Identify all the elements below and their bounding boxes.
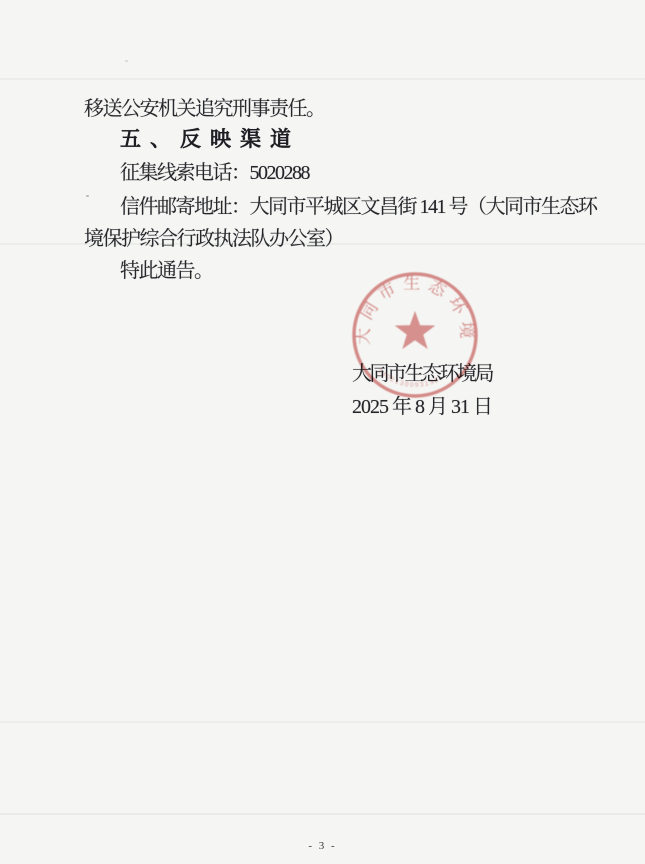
scan-artifact-band xyxy=(0,813,645,815)
line-mailing-address-1: 信件邮寄地址：大同市平城区文昌街 141 号（大同市生态环 xyxy=(120,190,597,219)
scan-artifact-speck xyxy=(86,195,89,197)
line-hereby-announced: 特此通告。 xyxy=(120,254,213,283)
page-number: - 3 - xyxy=(0,840,645,852)
section-heading-feedback-channels: 五、反映渠道 xyxy=(120,123,300,153)
official-seal: 大同市生态环境局 1402130093133 xyxy=(335,255,495,415)
paragraph-criminal-liability: 移送公安机关追究刑事责任。 xyxy=(84,92,325,121)
seal-star-icon xyxy=(395,311,436,349)
line-mailing-address-2: 境保护综合行政执法队办公室） xyxy=(84,222,343,251)
seal-code: 1402130093133 xyxy=(376,367,441,389)
scan-artifact-speck xyxy=(125,60,128,62)
svg-text:1402130093133: 1402130093133 xyxy=(376,367,441,389)
scanned-document-page: 移送公安机关追究刑事责任。 五、反映渠道 征集线索电话：5020288 信件邮寄… xyxy=(0,0,645,864)
scan-artifact-band xyxy=(0,78,645,80)
scan-artifact-band xyxy=(0,721,645,723)
line-hotline-phone: 征集线索电话：5020288 xyxy=(120,156,309,185)
